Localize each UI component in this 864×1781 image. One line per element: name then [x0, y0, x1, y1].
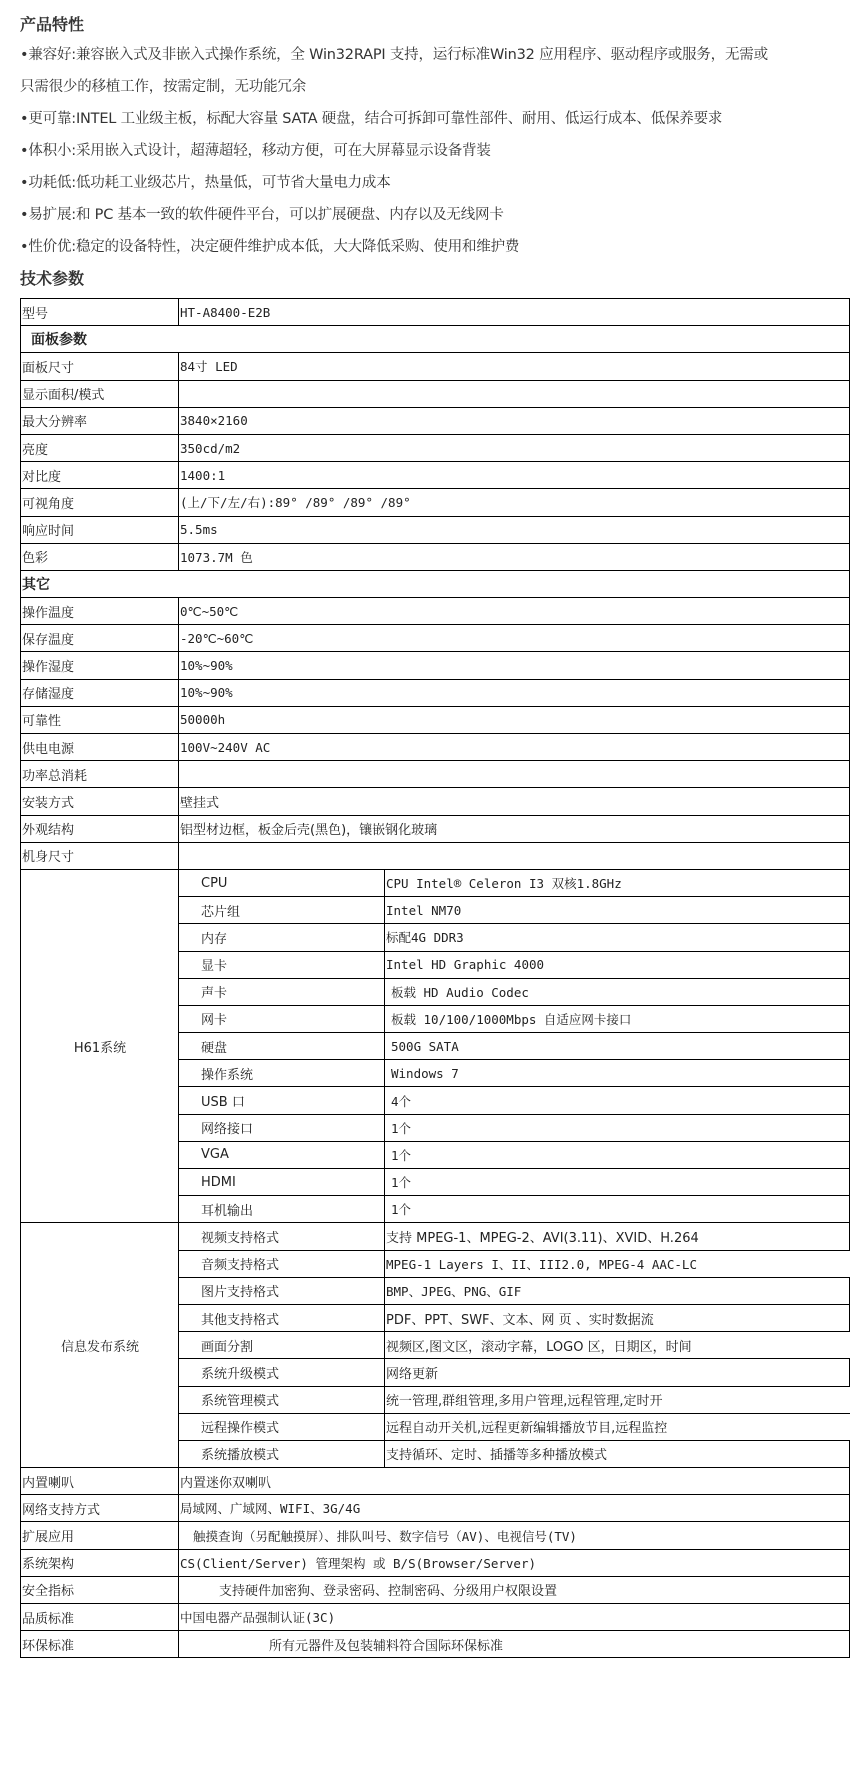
- spec-label: 面板尺寸: [21, 353, 179, 380]
- spec-label: 安全指标: [21, 1576, 179, 1603]
- sub-label: 系统升级模式: [179, 1359, 385, 1386]
- spec-label: 内置喇叭: [21, 1468, 179, 1495]
- spec-table: 型号 HT-A8400-E2B 面板参数 面板尺寸84寸 LED 显示面积/模式…: [20, 298, 850, 1658]
- spec-label: 供电电源: [21, 734, 179, 761]
- spec-value: [179, 761, 850, 788]
- table-row: 机身尺寸: [21, 842, 850, 869]
- spec-label: 功率总消耗: [21, 761, 179, 788]
- spec-value: 350cd/m2: [179, 434, 850, 461]
- sub-value: 网络更新: [385, 1359, 850, 1386]
- spec-label: 品质标准: [21, 1604, 179, 1631]
- table-row: 操作温度0℃~50℃: [21, 598, 850, 625]
- sub-value: 板载 10/100/1000Mbps 自适应网卡接口: [385, 1005, 850, 1032]
- sub-value: 支持循环、定时、插播等多种播放模式: [385, 1440, 850, 1467]
- spec-value: 所有元器件及包装辅料符合国际环保标准: [179, 1631, 850, 1658]
- spec-value: 局域网、广域网、WIFI、3G/4G: [179, 1495, 850, 1522]
- table-row: 型号 HT-A8400-E2B: [21, 299, 850, 326]
- features-title: 产品特性: [20, 11, 850, 39]
- sub-value: 远程自动开关机,远程更新编辑播放节目,远程监控: [385, 1413, 850, 1440]
- sub-value: Intel HD Graphic 4000: [385, 951, 850, 978]
- sub-value: BMP、JPEG、PNG、GIF: [385, 1277, 850, 1304]
- spec-label: 最大分辨率: [21, 407, 179, 434]
- sub-value: 标配4G DDR3: [385, 924, 850, 951]
- feature-line: •功耗低:低功耗工业级芯片，热量低，可节省大量电力成本: [20, 167, 850, 199]
- spec-value: 10%~90%: [179, 679, 850, 706]
- spec-value: 壁挂式: [179, 788, 850, 815]
- spec-label: 对比度: [21, 462, 179, 489]
- sub-value: 1个: [385, 1141, 850, 1168]
- table-row: 最大分辨率3840×2160: [21, 407, 850, 434]
- spec-label: 外观结构: [21, 815, 179, 842]
- table-row: 供电电源100V~240V AC: [21, 734, 850, 761]
- sub-label: 芯片组: [179, 897, 385, 924]
- table-row: 扩展应用触摸查询（另配触摸屏）、排队叫号、数字信号（AV)、电视信号(TV): [21, 1522, 850, 1549]
- sub-label: 图片支持格式: [179, 1277, 385, 1304]
- spec-value: 50000h: [179, 706, 850, 733]
- spec-value: 铝型材边框，板金后壳(黑色)，镶嵌钢化玻璃: [179, 815, 850, 842]
- spec-label: 色彩: [21, 543, 179, 570]
- sub-label: CPU: [179, 869, 385, 896]
- table-row: 网络支持方式局域网、广域网、WIFI、3G/4G: [21, 1495, 850, 1522]
- sub-label: 操作系统: [179, 1060, 385, 1087]
- spec-value: 中国电器产品强制认证(3C): [179, 1604, 850, 1631]
- feature-line: 只需很少的移植工作，按需定制，无功能冗余: [20, 71, 850, 103]
- table-row: 面板尺寸84寸 LED: [21, 353, 850, 380]
- sub-value: 500G SATA: [385, 1033, 850, 1060]
- sub-value: 视频区,图文区，滚动字幕，LOGO 区，日期区，时间: [385, 1332, 850, 1359]
- section-row: 其它: [21, 570, 850, 597]
- spec-label: 网络支持方式: [21, 1495, 179, 1522]
- group-label-info: 信息发布系统: [21, 1223, 179, 1468]
- table-row: 响应时间5.5ms: [21, 516, 850, 543]
- sub-label: 网卡: [179, 1005, 385, 1032]
- table-row: 功率总消耗: [21, 761, 850, 788]
- spec-value: 触摸查询（另配触摸屏）、排队叫号、数字信号（AV)、电视信号(TV): [179, 1522, 850, 1549]
- feature-line: •性价优:稳定的设备特性，决定硬件维护成本低，大大降低采购、使用和维护费: [20, 231, 850, 263]
- table-row: 外观结构铝型材边框，板金后壳(黑色)，镶嵌钢化玻璃: [21, 815, 850, 842]
- sub-label: USB 口: [179, 1087, 385, 1114]
- table-row: 安装方式壁挂式: [21, 788, 850, 815]
- sub-label: 视频支持格式: [179, 1223, 385, 1250]
- sub-value: 4个: [385, 1087, 850, 1114]
- table-row: 存储湿度10%~90%: [21, 679, 850, 706]
- sub-value: Intel NM70: [385, 897, 850, 924]
- spec-label: 机身尺寸: [21, 842, 179, 869]
- spec-label: 亮度: [21, 434, 179, 461]
- sub-label: 远程操作模式: [179, 1413, 385, 1440]
- spec-label: 扩展应用: [21, 1522, 179, 1549]
- spec-value: 84寸 LED: [179, 353, 850, 380]
- spec-value: 10%~90%: [179, 652, 850, 679]
- table-row: 可视角度(上/下/左/右):89° /89° /89° /89°: [21, 489, 850, 516]
- spec-label: 显示面积/模式: [21, 380, 179, 407]
- sub-value: 1个: [385, 1196, 850, 1223]
- spec-value: 内置迷你双喇叭: [179, 1468, 850, 1495]
- spec-label: 可靠性: [21, 706, 179, 733]
- spec-value: HT-A8400-E2B: [179, 299, 850, 326]
- section-row: 面板参数: [21, 326, 850, 353]
- spec-label: 存储湿度: [21, 679, 179, 706]
- sub-label: 系统管理模式: [179, 1386, 385, 1413]
- spec-value: 1400:1: [179, 462, 850, 489]
- table-row: 可靠性50000h: [21, 706, 850, 733]
- spec-value: (上/下/左/右):89° /89° /89° /89°: [179, 489, 850, 516]
- sub-label: 其他支持格式: [179, 1304, 385, 1331]
- table-row: 安全指标支持硬件加密狗、登录密码、控制密码、分级用户权限设置: [21, 1576, 850, 1603]
- sub-value: MPEG-1 Layers I、II、III2.0, MPEG-4 AAC-LC: [385, 1250, 850, 1277]
- spec-label: 环保标准: [21, 1631, 179, 1658]
- spec-value: [179, 842, 850, 869]
- group-label-h61: H61系统: [21, 869, 179, 1222]
- feature-line: •体积小:采用嵌入式设计，超薄超轻，移动方便，可在大屏幕显示设备背装: [20, 135, 850, 167]
- sub-value: 板载 HD Audio Codec: [385, 978, 850, 1005]
- table-row: 信息发布系统 视频支持格式 支持 MPEG-1、MPEG-2、AVI(3.11)…: [21, 1223, 850, 1250]
- sub-label: 画面分割: [179, 1332, 385, 1359]
- sub-label: 显卡: [179, 951, 385, 978]
- table-row: 保存温度-20℃~60℃: [21, 625, 850, 652]
- spec-value: 3840×2160: [179, 407, 850, 434]
- spec-label: 型号: [21, 299, 179, 326]
- sub-label: 网络接口: [179, 1114, 385, 1141]
- spec-label: 操作温度: [21, 598, 179, 625]
- spec-value: 1073.7M 色: [179, 543, 850, 570]
- table-row: 环保标准所有元器件及包装辅料符合国际环保标准: [21, 1631, 850, 1658]
- feature-line: •更可靠:INTEL 工业级主板，标配大容量 SATA 硬盘，结合可拆卸可靠性部…: [20, 103, 850, 135]
- table-row: 内置喇叭内置迷你双喇叭: [21, 1468, 850, 1495]
- table-row: 显示面积/模式: [21, 380, 850, 407]
- spec-value: 0℃~50℃: [179, 598, 850, 625]
- spec-value: CS(Client/Server) 管理架构 或 B/S(Browser/Ser…: [179, 1549, 850, 1576]
- spec-value: [179, 380, 850, 407]
- spec-value: 支持硬件加密狗、登录密码、控制密码、分级用户权限设置: [179, 1576, 850, 1603]
- spec-label: 安装方式: [21, 788, 179, 815]
- table-row: 亮度350cd/m2: [21, 434, 850, 461]
- sub-value: 1个: [385, 1169, 850, 1196]
- table-row: 系统架构CS(Client/Server) 管理架构 或 B/S(Browser…: [21, 1549, 850, 1576]
- sub-label: HDMI: [179, 1169, 385, 1196]
- sub-label: 系统播放模式: [179, 1440, 385, 1467]
- spec-value: 100V~240V AC: [179, 734, 850, 761]
- table-row: 品质标准中国电器产品强制认证(3C): [21, 1604, 850, 1631]
- sub-label: 内存: [179, 924, 385, 951]
- table-row: 操作湿度10%~90%: [21, 652, 850, 679]
- spec-label: 可视角度: [21, 489, 179, 516]
- sub-value: Windows 7: [385, 1060, 850, 1087]
- spec-value: 5.5ms: [179, 516, 850, 543]
- spec-value: -20℃~60℃: [179, 625, 850, 652]
- sub-label: 耳机输出: [179, 1196, 385, 1223]
- section-heading-other: 其它: [21, 570, 850, 597]
- table-row: 对比度1400:1: [21, 462, 850, 489]
- sub-value: CPU Intel® Celeron I3 双核1.8GHz: [385, 869, 850, 896]
- table-row: 色彩1073.7M 色: [21, 543, 850, 570]
- sub-label: 音频支持格式: [179, 1250, 385, 1277]
- spec-label: 保存温度: [21, 625, 179, 652]
- product-features-section: 产品特性 •兼容好:兼容嵌入式及非嵌入式操作系统，全 Win32RAPI 支持，…: [20, 0, 850, 295]
- spec-label: 系统架构: [21, 1549, 179, 1576]
- feature-line: •兼容好:兼容嵌入式及非嵌入式操作系统，全 Win32RAPI 支持，运行标准W…: [20, 39, 850, 71]
- specs-title: 技术参数: [20, 263, 850, 295]
- section-heading-panel: 面板参数: [21, 326, 850, 353]
- spec-label: 操作湿度: [21, 652, 179, 679]
- sub-label: VGA: [179, 1141, 385, 1168]
- sub-label: 声卡: [179, 978, 385, 1005]
- spec-label: 响应时间: [21, 516, 179, 543]
- sub-value: 1个: [385, 1114, 850, 1141]
- sub-value: 支持 MPEG-1、MPEG-2、AVI(3.11)、XVID、H.264: [385, 1223, 850, 1250]
- feature-line: •易扩展:和 PC 基本一致的软件硬件平台，可以扩展硬盘、内存以及无线网卡: [20, 199, 850, 231]
- sub-value: 统一管理,群组管理,多用户管理,远程管理,定时开: [385, 1386, 850, 1413]
- sub-label: 硬盘: [179, 1033, 385, 1060]
- sub-value: PDF、PPT、SWF、文本、网 页 、实时数据流: [385, 1304, 850, 1331]
- table-row: H61系统 CPU CPU Intel® Celeron I3 双核1.8GHz: [21, 869, 850, 896]
